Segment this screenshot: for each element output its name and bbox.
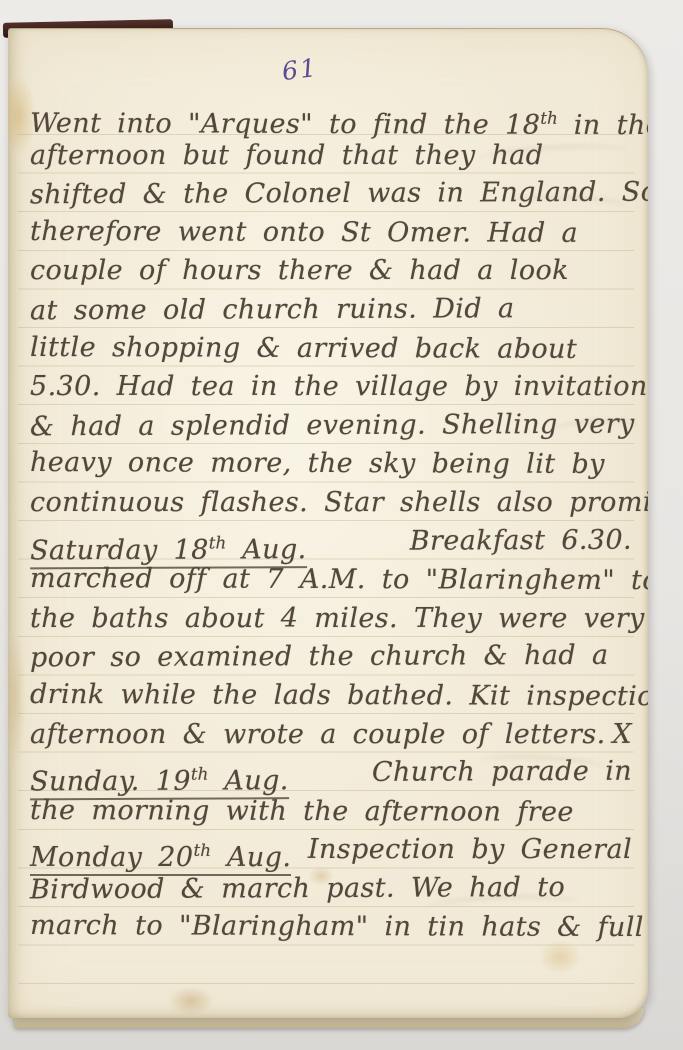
manuscript-word-run: Inspection by General [308, 834, 632, 865]
line-segment-group: Inspection by General [308, 831, 632, 870]
line-segment-group: Church parade in [372, 753, 632, 793]
manuscript-word-run: afternoon but found that they had [30, 140, 544, 171]
manuscript-word-run: couple of hours there & had a look [30, 255, 569, 286]
line-segment-group: poor so examined the church & had a [30, 640, 609, 674]
manuscript-line: marched off at 7 A.M. to "Blaringhem" to [30, 560, 632, 601]
manuscript-line: little shopping & arrived back about [30, 329, 632, 370]
manuscript-word-run: the baths about 4 miles. They were very [30, 603, 645, 634]
manuscript-word-run: poor so examined the church & had a [30, 640, 609, 674]
manuscript-line: drink while the lads bathed. Kit inspect… [30, 676, 632, 717]
line-segment-group: the morning with the afternoon free [30, 795, 574, 828]
manuscript-line: afternoon but found that they had [30, 137, 632, 176]
manuscript-word-run: X [612, 719, 632, 750]
manuscript-word-run: shifted & the Colonel was in England. So [30, 177, 648, 211]
line-segment-group: heavy once more, the sky being lit by [30, 447, 605, 480]
line-segment-group: afternoon but found that they had [30, 140, 544, 171]
line-segment-group: marched off at 7 A.M. to "Blaringhem" to [30, 563, 648, 596]
line-segment-group: continuous flashes. Star shells also pro… [30, 487, 648, 518]
manuscript-line: at some old church ruins. Did a [30, 290, 632, 331]
manuscript-word-run: 5.30. Had tea in the village by invitati… [30, 371, 648, 402]
manuscript-line: march to "Blaringham" in tin hats & full… [30, 907, 632, 948]
paper-stain [168, 986, 214, 1016]
manuscript-word-run: therefore went onto St Omer. Had a [30, 216, 578, 249]
manuscript-line: the baths about 4 miles. They were very [30, 600, 632, 639]
line-segment-group: Monday 20th Aug. [30, 831, 291, 870]
manuscript-word-run: Monday 20 [30, 842, 193, 873]
line-segment-group: couple of hours there & had a look [30, 255, 569, 286]
manuscript-line: poor so examined the church & had a [30, 637, 632, 678]
line-segment-group: Saturday 18th Aug. [30, 523, 307, 563]
notebook-page: 61 Went into "Arques" to find the 18th i… [8, 28, 648, 1018]
manuscript-line: Went into "Arques" to find the 18th in t… [30, 97, 632, 138]
manuscript-line: Monday 20th Aug.Inspection by General [30, 831, 632, 870]
manuscript-word-run: & had a splendid evening. Shelling very [30, 408, 635, 442]
manuscript-line: couple of hours there & had a look [30, 252, 632, 291]
manuscript-word-run: heavy once more, the sky being lit by [30, 447, 605, 480]
manuscript-line: shifted & the Colonel was in England. So [30, 174, 632, 215]
manuscript-line: afternoon & wrote a couple of letters.X [30, 716, 632, 755]
line-segment-group: march to "Blaringham" in tin hats & full… [30, 910, 648, 943]
ordinal-superscript: th [193, 840, 211, 860]
line-segment-group: therefore went onto St Omer. Had a [30, 216, 578, 249]
manuscript-word-run: Aug. [211, 842, 291, 873]
manuscript-word-run: Church parade in [372, 756, 632, 788]
manuscript-word-run: Breakfast 6.30. [410, 524, 632, 556]
manuscript-word-run: drink while the lads bathed. Kit inspect… [30, 679, 648, 712]
manuscript-word-run: marched off at 7 A.M. to "Blaringhem" to [30, 563, 648, 596]
ordinal-superscript: th [540, 108, 558, 128]
manuscript-word-run: continuous flashes. Star shells also pro… [30, 487, 648, 518]
manuscript-word-run: Went into "Arques" to find the 18 [30, 108, 540, 141]
ordinal-superscript: th [191, 764, 209, 784]
manuscript-line: & had a splendid evening. Shelling very [30, 405, 632, 446]
line-segment-group: & had a splendid evening. Shelling very [30, 408, 635, 442]
ordinal-superscript: th [209, 532, 227, 552]
line-segment-group: afternoon & wrote a couple of letters. [30, 716, 606, 755]
page-number: 61 [280, 53, 319, 86]
line-segment-group: little shopping & arrived back about [30, 332, 577, 365]
manuscript-word-run: the morning with the afternoon free [30, 795, 574, 828]
manuscript-word-run: afternoon & wrote a couple of letters. [30, 719, 606, 750]
manuscript-line: continuous flashes. Star shells also pro… [30, 484, 632, 523]
manuscript-word-run: little shopping & arrived back about [30, 332, 577, 365]
manuscript-word-run: in the [558, 110, 648, 141]
line-segment-group: drink while the lads bathed. Kit inspect… [30, 679, 648, 712]
line-segment-group: Went into "Arques" to find the 18th in t… [30, 108, 648, 141]
manuscript-line: Birdwood & march past. We had to [30, 869, 632, 910]
line-segment-group: Birdwood & march past. We had to [30, 872, 565, 905]
line-segment-group: 5.30. Had tea in the village by invitati… [30, 371, 648, 402]
line-segment-group: Sunday. 19th Aug. [30, 754, 289, 794]
manuscript-line: Sunday. 19th Aug.Church parade in [30, 753, 632, 794]
line-segment-group: the baths about 4 miles. They were very [30, 603, 645, 634]
line-segment-group: X [612, 716, 632, 755]
manuscript-word-run: at some old church ruins. Did a [30, 293, 515, 326]
diary-text: Went into "Arques" to find the 18th in t… [30, 98, 632, 947]
manuscript-word-run: march to "Blaringham" in tin hats & full… [30, 910, 648, 943]
manuscript-line: therefore went onto St Omer. Had a [30, 213, 632, 254]
manuscript-word-run: Birdwood & march past. We had to [30, 872, 565, 905]
manuscript-line: Saturday 18th Aug.Breakfast 6.30. [30, 521, 632, 562]
manuscript-line: heavy once more, the sky being lit by [30, 444, 632, 485]
line-segment-group: Breakfast 6.30. [410, 521, 632, 561]
scanned-notebook-scene: 61 Went into "Arques" to find the 18th i… [0, 0, 683, 1050]
line-segment-group: at some old church ruins. Did a [30, 293, 515, 326]
manuscript-line: the morning with the afternoon free [30, 792, 632, 833]
line-segment-group: shifted & the Colonel was in England. So [30, 177, 648, 211]
manuscript-line: 5.30. Had tea in the village by invitati… [30, 368, 632, 407]
